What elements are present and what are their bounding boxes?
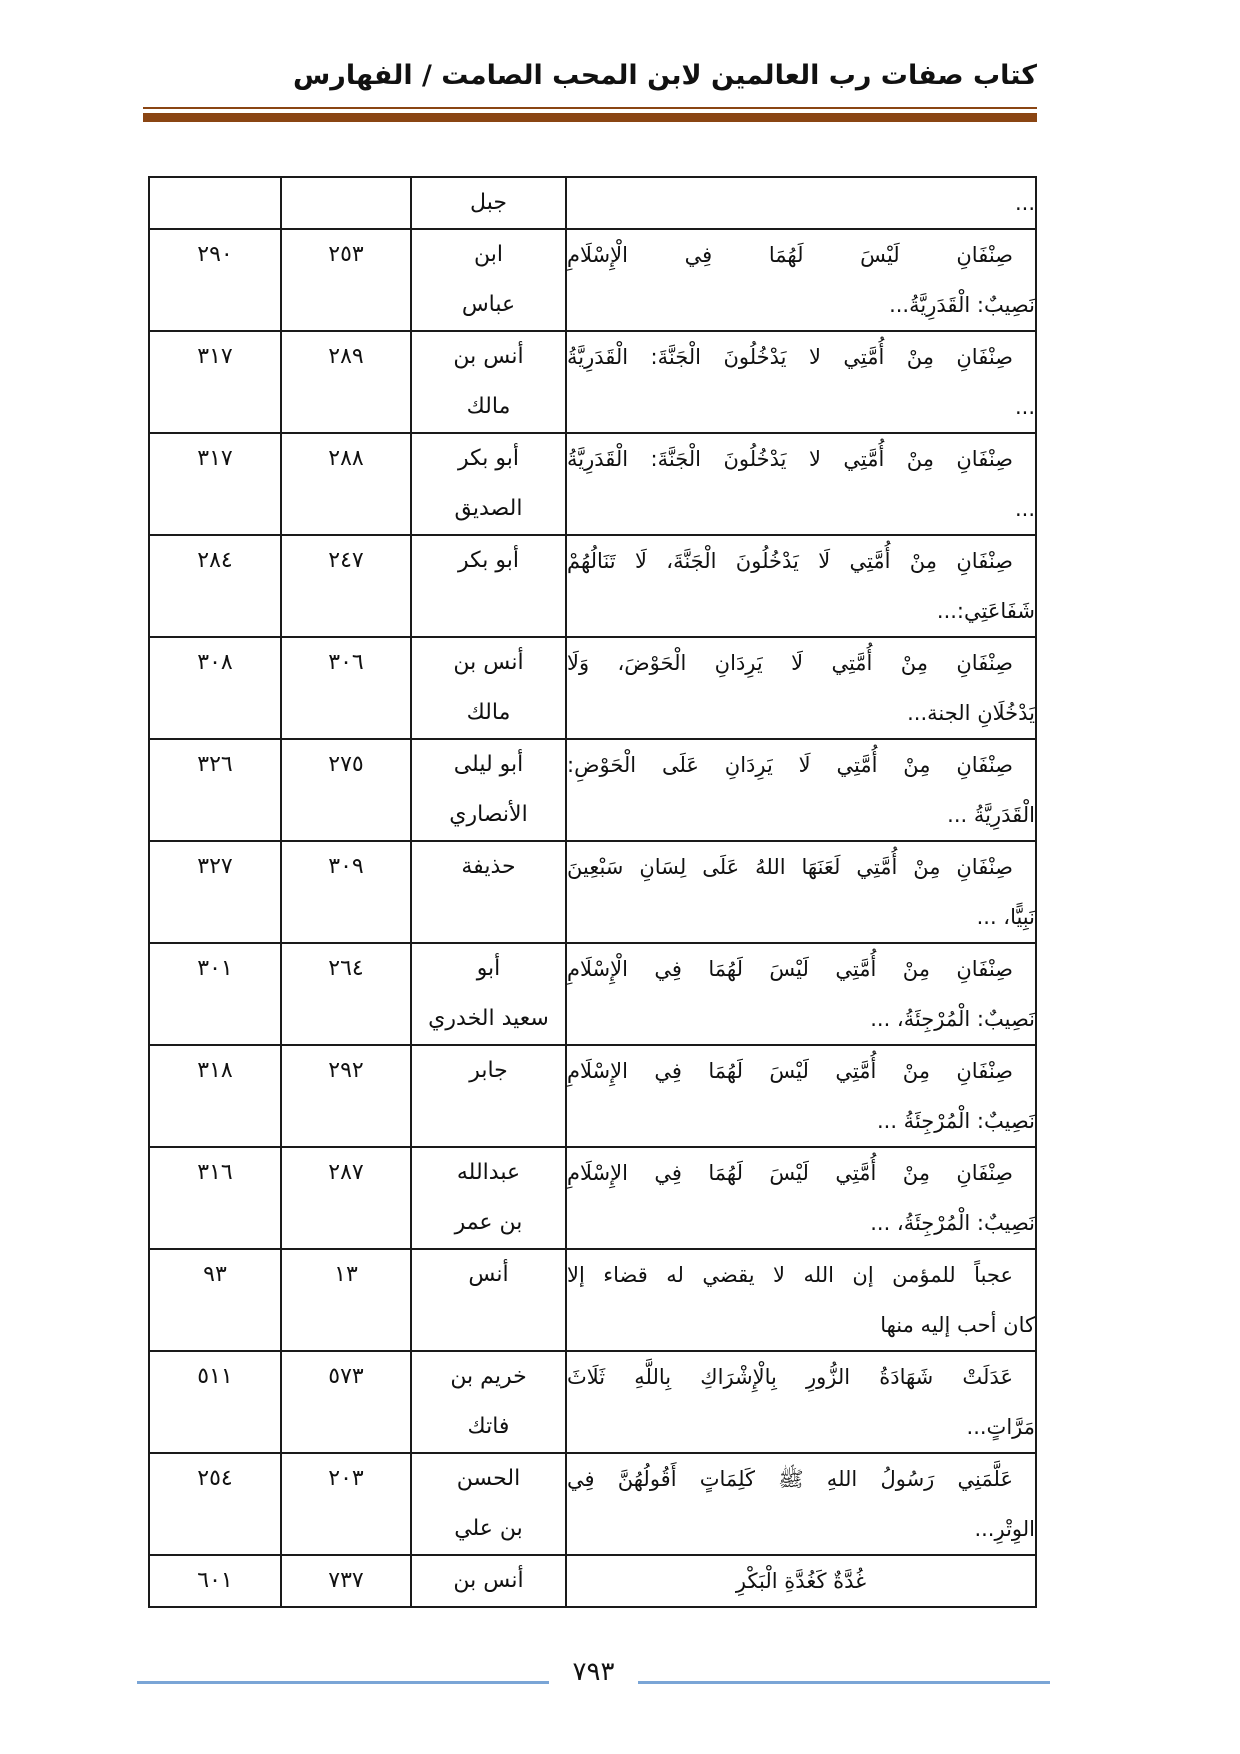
page-header-title: كتاب صفات رب العالمين لابن المحب الصامت … xyxy=(293,60,1037,91)
hadith-line: صِنْفَانِ مِنْ أُمَّتِي لَيْسَ لَهُمَا ف… xyxy=(567,1148,1035,1198)
table-row: عجباً للمؤمن إن الله لا يقضي له قضاء إلا… xyxy=(149,1249,1036,1351)
narrator-cell: أنس بنمالك xyxy=(411,331,566,433)
narrator-line: أنس بن xyxy=(412,638,565,688)
narrator-line: الصديق xyxy=(412,484,565,534)
hadith-line: ... xyxy=(567,178,1035,228)
hadith-text-cell: صِنْفَانِ مِنْ أُمَّتِي لَيْسَ لَهُمَا ف… xyxy=(566,1147,1036,1249)
hadith-line: عَدَلَتْ شَهَادَةُ الزُّورِ بِالْإِشْرَا… xyxy=(567,1352,1035,1402)
narrator-line: حذيفة xyxy=(412,842,565,892)
narrator-line: أنس بن xyxy=(412,332,565,382)
number-cell-outer: ٢٨٤ xyxy=(149,535,281,637)
narrator-line: ابن xyxy=(412,230,565,280)
narrator-cell: أنس بن xyxy=(411,1555,566,1607)
hadith-line: نَصِيبٌ: الْمُرْجِئَةُ، ... xyxy=(567,994,1035,1044)
hadith-line: صِنْفَانِ مِنْ أُمَّتِي لَيْسَ لَهُمَا ف… xyxy=(567,1046,1035,1096)
narrator-line: عباس xyxy=(412,280,565,330)
hadith-line: صِنْفَانِ مِنْ أُمَّتِي لَيْسَ لَهُمَا ف… xyxy=(567,944,1035,994)
number-cell-inner: ٢٨٧ xyxy=(281,1147,411,1249)
number-cell-outer: ٥١١ xyxy=(149,1351,281,1453)
hadith-text-cell: صِنْفَانِ مِنْ أُمَّتِي لَا يَرِدَانِ ال… xyxy=(566,637,1036,739)
narrator-cell: ابنعباس xyxy=(411,229,566,331)
header-rule-thin xyxy=(143,107,1037,109)
narrator-line: مالك xyxy=(412,382,565,432)
narrator-line: أنس بن xyxy=(412,1556,565,1606)
hadith-line: نَبِيًّا، ... xyxy=(567,892,1035,942)
hadith-line: صِنْفَانِ لَيْسَ لَهُمَا فِي الْإِسْلَام… xyxy=(567,230,1035,280)
hadith-line: ... xyxy=(567,382,1035,432)
narrator-cell: حذيفة xyxy=(411,841,566,943)
narrator-cell: أبوسعيد الخدري xyxy=(411,943,566,1045)
narrator-cell: خريم بنفاتك xyxy=(411,1351,566,1453)
number-cell-inner: ٢٨٩ xyxy=(281,331,411,433)
number-cell-inner xyxy=(281,177,411,229)
table-row: صِنْفَانِ مِنْ أُمَّتِي لَيْسَ لَهُمَا ف… xyxy=(149,1045,1036,1147)
narrator-line: جبل xyxy=(412,178,565,228)
narrator-line: أنس xyxy=(412,1250,565,1300)
hadith-text-cell: عَدَلَتْ شَهَادَةُ الزُّورِ بِالْإِشْرَا… xyxy=(566,1351,1036,1453)
number-cell-inner: ٢٠٣ xyxy=(281,1453,411,1555)
number-cell-inner: ١٣ xyxy=(281,1249,411,1351)
hadith-text-cell: صِنْفَانِ مِنْ أُمَّتِي لَيْسَ لَهُمَا ف… xyxy=(566,1045,1036,1147)
hadith-line: نَصِيبٌ: الْمُرْجِئَةُ، ... xyxy=(567,1198,1035,1248)
footer-line-left xyxy=(137,1681,549,1684)
number-cell-inner: ٢٤٧ xyxy=(281,535,411,637)
hadith-text-cell: غُدَّةٌ كَغُدَّةِ الْبَكْرِ xyxy=(566,1555,1036,1607)
hadith-text-cell: ... xyxy=(566,177,1036,229)
number-cell-outer: ٣١٧ xyxy=(149,433,281,535)
book-page: كتاب صفات رب العالمين لابن المحب الصامت … xyxy=(0,0,1240,1754)
narrator-line: خريم بن xyxy=(412,1352,565,1402)
hadith-text-cell: عَلَّمَنِي رَسُولُ اللهِ ﷺ كَلِمَاتٍ أَق… xyxy=(566,1453,1036,1555)
table-row: عَدَلَتْ شَهَادَةُ الزُّورِ بِالْإِشْرَا… xyxy=(149,1351,1036,1453)
narrator-line: فاتك xyxy=(412,1402,565,1452)
narrator-cell: عبداللهبن عمر xyxy=(411,1147,566,1249)
narrator-line: أبو بكر xyxy=(412,434,565,484)
table-row: صِنْفَانِ مِنْ أُمَّتِي لَا يَرِدَانِ ال… xyxy=(149,637,1036,739)
page-number: ٧٩٣ xyxy=(573,1654,615,1690)
number-cell-inner: ٥٧٣ xyxy=(281,1351,411,1453)
table-row: ...جبل xyxy=(149,177,1036,229)
number-cell-outer: ٣٠٨ xyxy=(149,637,281,739)
hadith-line: نَصِيبٌ: الْقَدَرِيَّةُ... xyxy=(567,280,1035,330)
table-row: عَلَّمَنِي رَسُولُ اللهِ ﷺ كَلِمَاتٍ أَق… xyxy=(149,1453,1036,1555)
number-cell-outer: ٣٠١ xyxy=(149,943,281,1045)
hadith-line: صِنْفَانِ مِنْ أُمَّتِي لا يَدْخُلُونَ ا… xyxy=(567,332,1035,382)
hadith-text-cell: صِنْفَانِ لَيْسَ لَهُمَا فِي الْإِسْلَام… xyxy=(566,229,1036,331)
hadith-text-cell: صِنْفَانِ مِنْ أُمَّتِي لَيْسَ لَهُمَا ف… xyxy=(566,943,1036,1045)
narrator-line: عبدالله xyxy=(412,1148,565,1198)
table-row: صِنْفَانِ مِنْ أُمَّتِي لا يَدْخُلُونَ ا… xyxy=(149,433,1036,535)
number-cell-inner: ٢٩٢ xyxy=(281,1045,411,1147)
table-row: صِنْفَانِ مِنْ أُمَّتِي لا يَدْخُلُونَ ا… xyxy=(149,331,1036,433)
narrator-cell: أنس بنمالك xyxy=(411,637,566,739)
index-table-body: ...جبلصِنْفَانِ لَيْسَ لَهُمَا فِي الْإِ… xyxy=(149,177,1036,1607)
table-row: صِنْفَانِ مِنْ أُمَّتِي لَا يَرِدَانِ عَ… xyxy=(149,739,1036,841)
hadith-line: ... xyxy=(567,484,1035,534)
hadith-line: يَدْخُلَانِ الجنة... xyxy=(567,688,1035,738)
number-cell-outer xyxy=(149,177,281,229)
narrator-line: مالك xyxy=(412,688,565,738)
footer-line-right xyxy=(638,1681,1050,1684)
narrator-line: الحسن xyxy=(412,1454,565,1504)
number-cell-outer: ٣٢٧ xyxy=(149,841,281,943)
narrator-cell: أبو بكر xyxy=(411,535,566,637)
number-cell-outer: ٢٥٤ xyxy=(149,1453,281,1555)
narrator-line: بن علي xyxy=(412,1504,565,1554)
table-row: صِنْفَانِ مِنْ أُمَّتِي لَا يَدْخُلُونَ … xyxy=(149,535,1036,637)
number-cell-inner: ٢٧٥ xyxy=(281,739,411,841)
hadith-line: صِنْفَانِ مِنْ أُمَّتِي لَا يَرِدَانِ ال… xyxy=(567,638,1035,688)
hadith-line: صِنْفَانِ مِنْ أُمَّتِي لَا يَدْخُلُونَ … xyxy=(567,536,1035,586)
number-cell-outer: ٢٩٠ xyxy=(149,229,281,331)
hadith-line: شَفَاعَتِي:... xyxy=(567,586,1035,636)
number-cell-outer: ٣١٨ xyxy=(149,1045,281,1147)
number-cell-outer: ٩٣ xyxy=(149,1249,281,1351)
hadith-line: نَصِيبٌ: الْمُرْجِئَةُ ... xyxy=(567,1096,1035,1146)
table-row: غُدَّةٌ كَغُدَّةِ الْبَكْرِأنس بن٧٣٧٦٠١ xyxy=(149,1555,1036,1607)
narrator-line: أبو ليلى xyxy=(412,740,565,790)
narrator-cell: أبو ليلىالأنصاري xyxy=(411,739,566,841)
table-row: صِنْفَانِ مِنْ أُمَّتِي لَعَنَهَا اللهُ … xyxy=(149,841,1036,943)
hadith-text-cell: صِنْفَانِ مِنْ أُمَّتِي لا يَدْخُلُونَ ا… xyxy=(566,433,1036,535)
hadith-line: الْقَدَرِيَّةُ ... xyxy=(567,790,1035,840)
hadith-line: مَرَّاتٍ... xyxy=(567,1402,1035,1452)
page-footer: ٧٩٣ xyxy=(137,1654,1050,1690)
hadith-line: عَلَّمَنِي رَسُولُ اللهِ ﷺ كَلِمَاتٍ أَق… xyxy=(567,1454,1035,1504)
narrator-line: الأنصاري xyxy=(412,790,565,840)
number-cell-inner: ٣٠٩ xyxy=(281,841,411,943)
narrator-line: بن عمر xyxy=(412,1198,565,1248)
number-cell-outer: ٣٢٦ xyxy=(149,739,281,841)
number-cell-inner: ٢٨٨ xyxy=(281,433,411,535)
hadith-line: صِنْفَانِ مِنْ أُمَّتِي لَا يَرِدَانِ عَ… xyxy=(567,740,1035,790)
number-cell-outer: ٣١٦ xyxy=(149,1147,281,1249)
number-cell-inner: ٢٦٤ xyxy=(281,943,411,1045)
hadith-text-cell: صِنْفَانِ مِنْ أُمَّتِي لَا يَرِدَانِ عَ… xyxy=(566,739,1036,841)
hadith-line: الوِتْرِ... xyxy=(567,1504,1035,1554)
number-cell-inner: ٣٠٦ xyxy=(281,637,411,739)
hadith-text-cell: عجباً للمؤمن إن الله لا يقضي له قضاء إلا… xyxy=(566,1249,1036,1351)
table-row: صِنْفَانِ مِنْ أُمَّتِي لَيْسَ لَهُمَا ف… xyxy=(149,943,1036,1045)
hadith-line: صِنْفَانِ مِنْ أُمَّتِي لا يَدْخُلُونَ ا… xyxy=(567,434,1035,484)
table-row: صِنْفَانِ لَيْسَ لَهُمَا فِي الْإِسْلَام… xyxy=(149,229,1036,331)
table-row: صِنْفَانِ مِنْ أُمَّتِي لَيْسَ لَهُمَا ف… xyxy=(149,1147,1036,1249)
hadith-line: غُدَّةٌ كَغُدَّةِ الْبَكْرِ xyxy=(567,1556,1035,1606)
hadith-line: كان أحب إليه منها xyxy=(567,1300,1035,1350)
narrator-line: أبو xyxy=(412,944,565,994)
narrator-line: سعيد الخدري xyxy=(412,994,565,1044)
number-cell-inner: ٧٣٧ xyxy=(281,1555,411,1607)
narrator-cell: الحسنبن علي xyxy=(411,1453,566,1555)
narrator-cell: أبو بكرالصديق xyxy=(411,433,566,535)
narrator-cell: جبل xyxy=(411,177,566,229)
number-cell-inner: ٢٥٣ xyxy=(281,229,411,331)
hadith-text-cell: صِنْفَانِ مِنْ أُمَّتِي لَعَنَهَا اللهُ … xyxy=(566,841,1036,943)
narrator-line: جابر xyxy=(412,1046,565,1096)
number-cell-outer: ٣١٧ xyxy=(149,331,281,433)
number-cell-outer: ٦٠١ xyxy=(149,1555,281,1607)
narrator-cell: أنس xyxy=(411,1249,566,1351)
hadith-line: عجباً للمؤمن إن الله لا يقضي له قضاء إلا xyxy=(567,1250,1035,1300)
hadith-text-cell: صِنْفَانِ مِنْ أُمَّتِي لَا يَدْخُلُونَ … xyxy=(566,535,1036,637)
narrator-line: أبو بكر xyxy=(412,536,565,586)
hadith-text-cell: صِنْفَانِ مِنْ أُمَّتِي لا يَدْخُلُونَ ا… xyxy=(566,331,1036,433)
hadith-index-table: ...جبلصِنْفَانِ لَيْسَ لَهُمَا فِي الْإِ… xyxy=(148,176,1037,1608)
hadith-line: صِنْفَانِ مِنْ أُمَّتِي لَعَنَهَا اللهُ … xyxy=(567,842,1035,892)
narrator-cell: جابر xyxy=(411,1045,566,1147)
header-rule-thick xyxy=(143,113,1037,122)
